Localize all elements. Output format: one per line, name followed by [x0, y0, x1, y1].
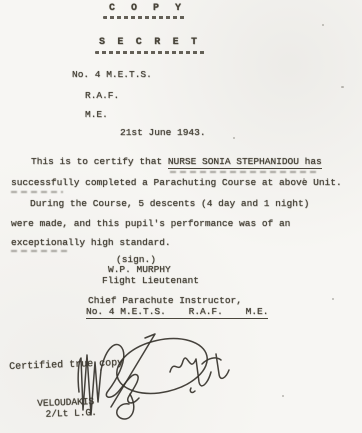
body-line-1: This is to certify that NURSE SONIA STEP… — [31, 156, 322, 167]
scan-speck — [233, 137, 235, 139]
scan-speck — [332, 298, 334, 300]
scan-speck — [303, 178, 305, 180]
scanned-certificate-document: C O P Y S E C R E T No. 4 M.E.T.S. R.A.F… — [0, 0, 362, 433]
secret-underline — [95, 51, 205, 54]
unit-line-mets: No. 4 M.E.T.S. — [72, 69, 152, 80]
copy-underline — [103, 16, 187, 19]
handwritten-signature-scrawl — [70, 330, 240, 428]
body-line-5: exceptionally high standard. — [11, 237, 171, 248]
signer-rank: Flight Lieutenant — [102, 275, 199, 286]
scan-smudge-1 — [11, 191, 63, 193]
unit-line-raf: R.A.F. — [85, 90, 119, 101]
certify-prefix: This is to certify that — [31, 156, 168, 167]
nurse-name-underlined: NURSE SONIA STEPHANIDOU has — [168, 156, 322, 169]
underline-smudge — [170, 171, 320, 173]
scan-speck — [282, 395, 284, 397]
unit-line-me: M.E. — [85, 109, 108, 120]
signer-unit-underlined: No. 4 M.E.T.S. R.A.F. M.E. — [86, 306, 268, 319]
scan-speck — [341, 86, 344, 88]
signer-title: Chief Parachute Instructor, — [88, 295, 242, 306]
scan-speck — [322, 24, 324, 26]
secret-stamp: S E C R E T — [99, 37, 200, 48]
scan-smudge-2 — [11, 250, 71, 252]
document-date: 21st June 1943. — [120, 127, 206, 138]
body-line-3: During the Course, 5 descents (4 day and… — [30, 198, 309, 209]
signer-name: W.P. MURPHY — [108, 264, 171, 275]
copy-stamp: C O P Y — [109, 3, 186, 14]
body-line-2: successfully completed a Parachuting Cou… — [11, 177, 342, 188]
body-line-4: were made, and this pupil's performance … — [11, 218, 290, 229]
